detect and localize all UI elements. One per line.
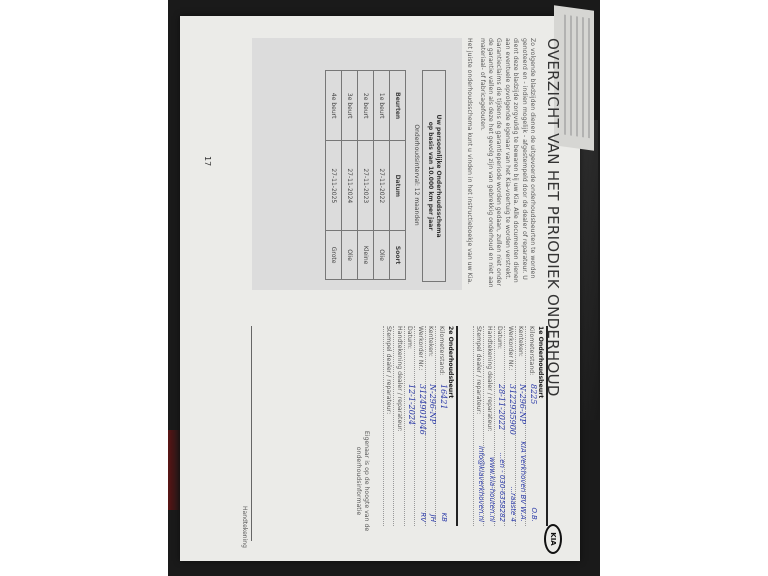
stamp-text: www.kia-houten.nl <box>487 457 497 522</box>
photo: OVERZICHT VAN HET PERIODIEK ONDERHOUD Zo… <box>168 0 600 576</box>
signature-line <box>251 326 252 541</box>
table-row: 1e beurt27-11-2022Olie <box>374 71 390 280</box>
intro-text: Zo volgende bladzijden dienen de uitgevo… <box>461 38 536 288</box>
handwritten-value: N-296-NP <box>518 384 528 424</box>
cell: 3e beurt <box>342 71 358 141</box>
schedule-table: Beurten Datum Soort 1e beurt27-11-2022Ol… <box>325 70 406 280</box>
cell: 4e beurt <box>326 71 342 141</box>
signature-label: Handtekening <box>241 506 248 548</box>
handwritten-value: N-296-NP <box>428 384 438 424</box>
intro-paragraph-2: Het juiste onderhoudsschema kunt u vinde… <box>465 38 473 288</box>
cell: Olie <box>374 231 390 280</box>
field-label: Kenteken: <box>428 326 435 357</box>
field-label: Datum: <box>497 326 504 349</box>
field-row: Werkorder Nr.:3124901046RV <box>415 326 426 526</box>
service-1-section: 1e Onderhoudsbeurt Kilometerstand:8225O.… <box>473 326 548 526</box>
table-row: 4e beurt27-11-2025Grote <box>326 71 342 280</box>
kia-logo: KIA <box>544 524 562 554</box>
cell: 2e beurt <box>358 71 374 141</box>
handwritten-value: 8225 <box>529 384 539 404</box>
cell: Kleine <box>358 231 374 280</box>
schedule-title-line1: Uw persoonlijke Onderhoudsschema <box>434 71 442 281</box>
field-label: Handtekening dealer / reparateur: <box>486 326 493 432</box>
stamp-text: ...en - 030-6358282 <box>497 453 507 522</box>
column-header: Datum <box>390 141 406 231</box>
handwritten-note: JH <box>428 515 438 522</box>
field-label: Stempel dealer / reparateur: <box>386 326 393 414</box>
schedule-title-line2: op basis van 10.000 km per jaar <box>426 71 434 281</box>
field-row: Stempel dealer / reparateur:info@kiaverk… <box>473 326 484 526</box>
field-label: Kenteken: <box>518 326 525 357</box>
cell: 27-11-2023 <box>358 141 374 231</box>
service-2-section: 2e Onderhoudsbeurt Kilometerstand:16421K… <box>383 326 458 526</box>
handwritten-value: 3122935900 <box>508 384 518 435</box>
cell: 27-11-2022 <box>374 141 390 231</box>
cell: Grote <box>326 231 342 280</box>
column-header: Beurten <box>390 71 406 141</box>
handwritten-value: 28-11-2022 <box>497 384 507 430</box>
field-row: Datum:12-1-2024 <box>404 326 415 526</box>
handwritten-value: 3124901046 <box>418 384 428 435</box>
handwritten-note: O.B. <box>529 508 539 522</box>
cell: 1e beurt <box>374 71 390 141</box>
schedule-title: Uw persoonlijke Onderhoudsschema op basi… <box>422 70 446 282</box>
field-label: Kilometerstand: <box>528 326 535 375</box>
field-label: Datum: <box>407 326 414 349</box>
stamp-text: KIA Verkhoven BV W.A. <box>518 441 528 522</box>
maintenance-booklet: OVERZICHT VAN HET PERIODIEK ONDERHOUD Zo… <box>168 0 600 576</box>
field-row: Kilometerstand:16421KB <box>436 326 447 526</box>
handwritten-note: RV <box>418 512 428 522</box>
cell: 27-11-2025 <box>326 141 342 231</box>
cell: Olie <box>342 231 358 280</box>
cell: 27-11-2024 <box>342 141 358 231</box>
field-label: Stempel dealer / reparateur: <box>476 326 483 414</box>
service-record-page: KIA 1e Onderhoudsbeurt Kilometerstand:82… <box>186 316 566 546</box>
schedule-interval: Onderhoudsinterval: 12 maanden <box>413 70 420 280</box>
field-row: Handtekening dealer / reparateur: <box>394 326 405 526</box>
stamp-text: ...raaste 4 <box>508 486 518 522</box>
field-label: Werkorder Nr.: <box>417 326 424 371</box>
schedule-box: Uw persoonlijke Onderhoudsschema op basi… <box>252 38 462 290</box>
field-label: Handtekening dealer / reparateur: <box>396 326 403 432</box>
field-label: Werkorder Nr.: <box>507 326 514 371</box>
column-header: Soort <box>390 231 406 280</box>
page-number: 17 <box>203 156 212 166</box>
field-label: Kilometerstand: <box>438 326 445 375</box>
table-row: 2e beurt27-11-2023Kleine <box>358 71 374 280</box>
stamp-text: info@kiaverkhoven.nl <box>476 446 486 522</box>
booklet-spread: OVERZICHT VAN HET PERIODIEK ONDERHOUD Zo… <box>180 16 580 561</box>
handwritten-value: 12-1-2024 <box>407 384 417 425</box>
service-2-heading: 2e Onderhoudsbeurt <box>447 326 454 526</box>
table-row: 3e beurt27-11-2024Olie <box>342 71 358 280</box>
field-row: Stempel dealer / reparateur: <box>383 326 394 526</box>
handwritten-value: 16421 <box>439 384 449 409</box>
owner-note: Eigenaar is op de hoogte van de onderhou… <box>354 426 370 536</box>
service-1-heading: 1e Onderhoudsbeurt <box>537 326 544 526</box>
handwritten-note: KB <box>439 513 449 522</box>
intro-paragraph-1: Zo volgende bladzijden dienen de uitgevo… <box>477 38 536 288</box>
